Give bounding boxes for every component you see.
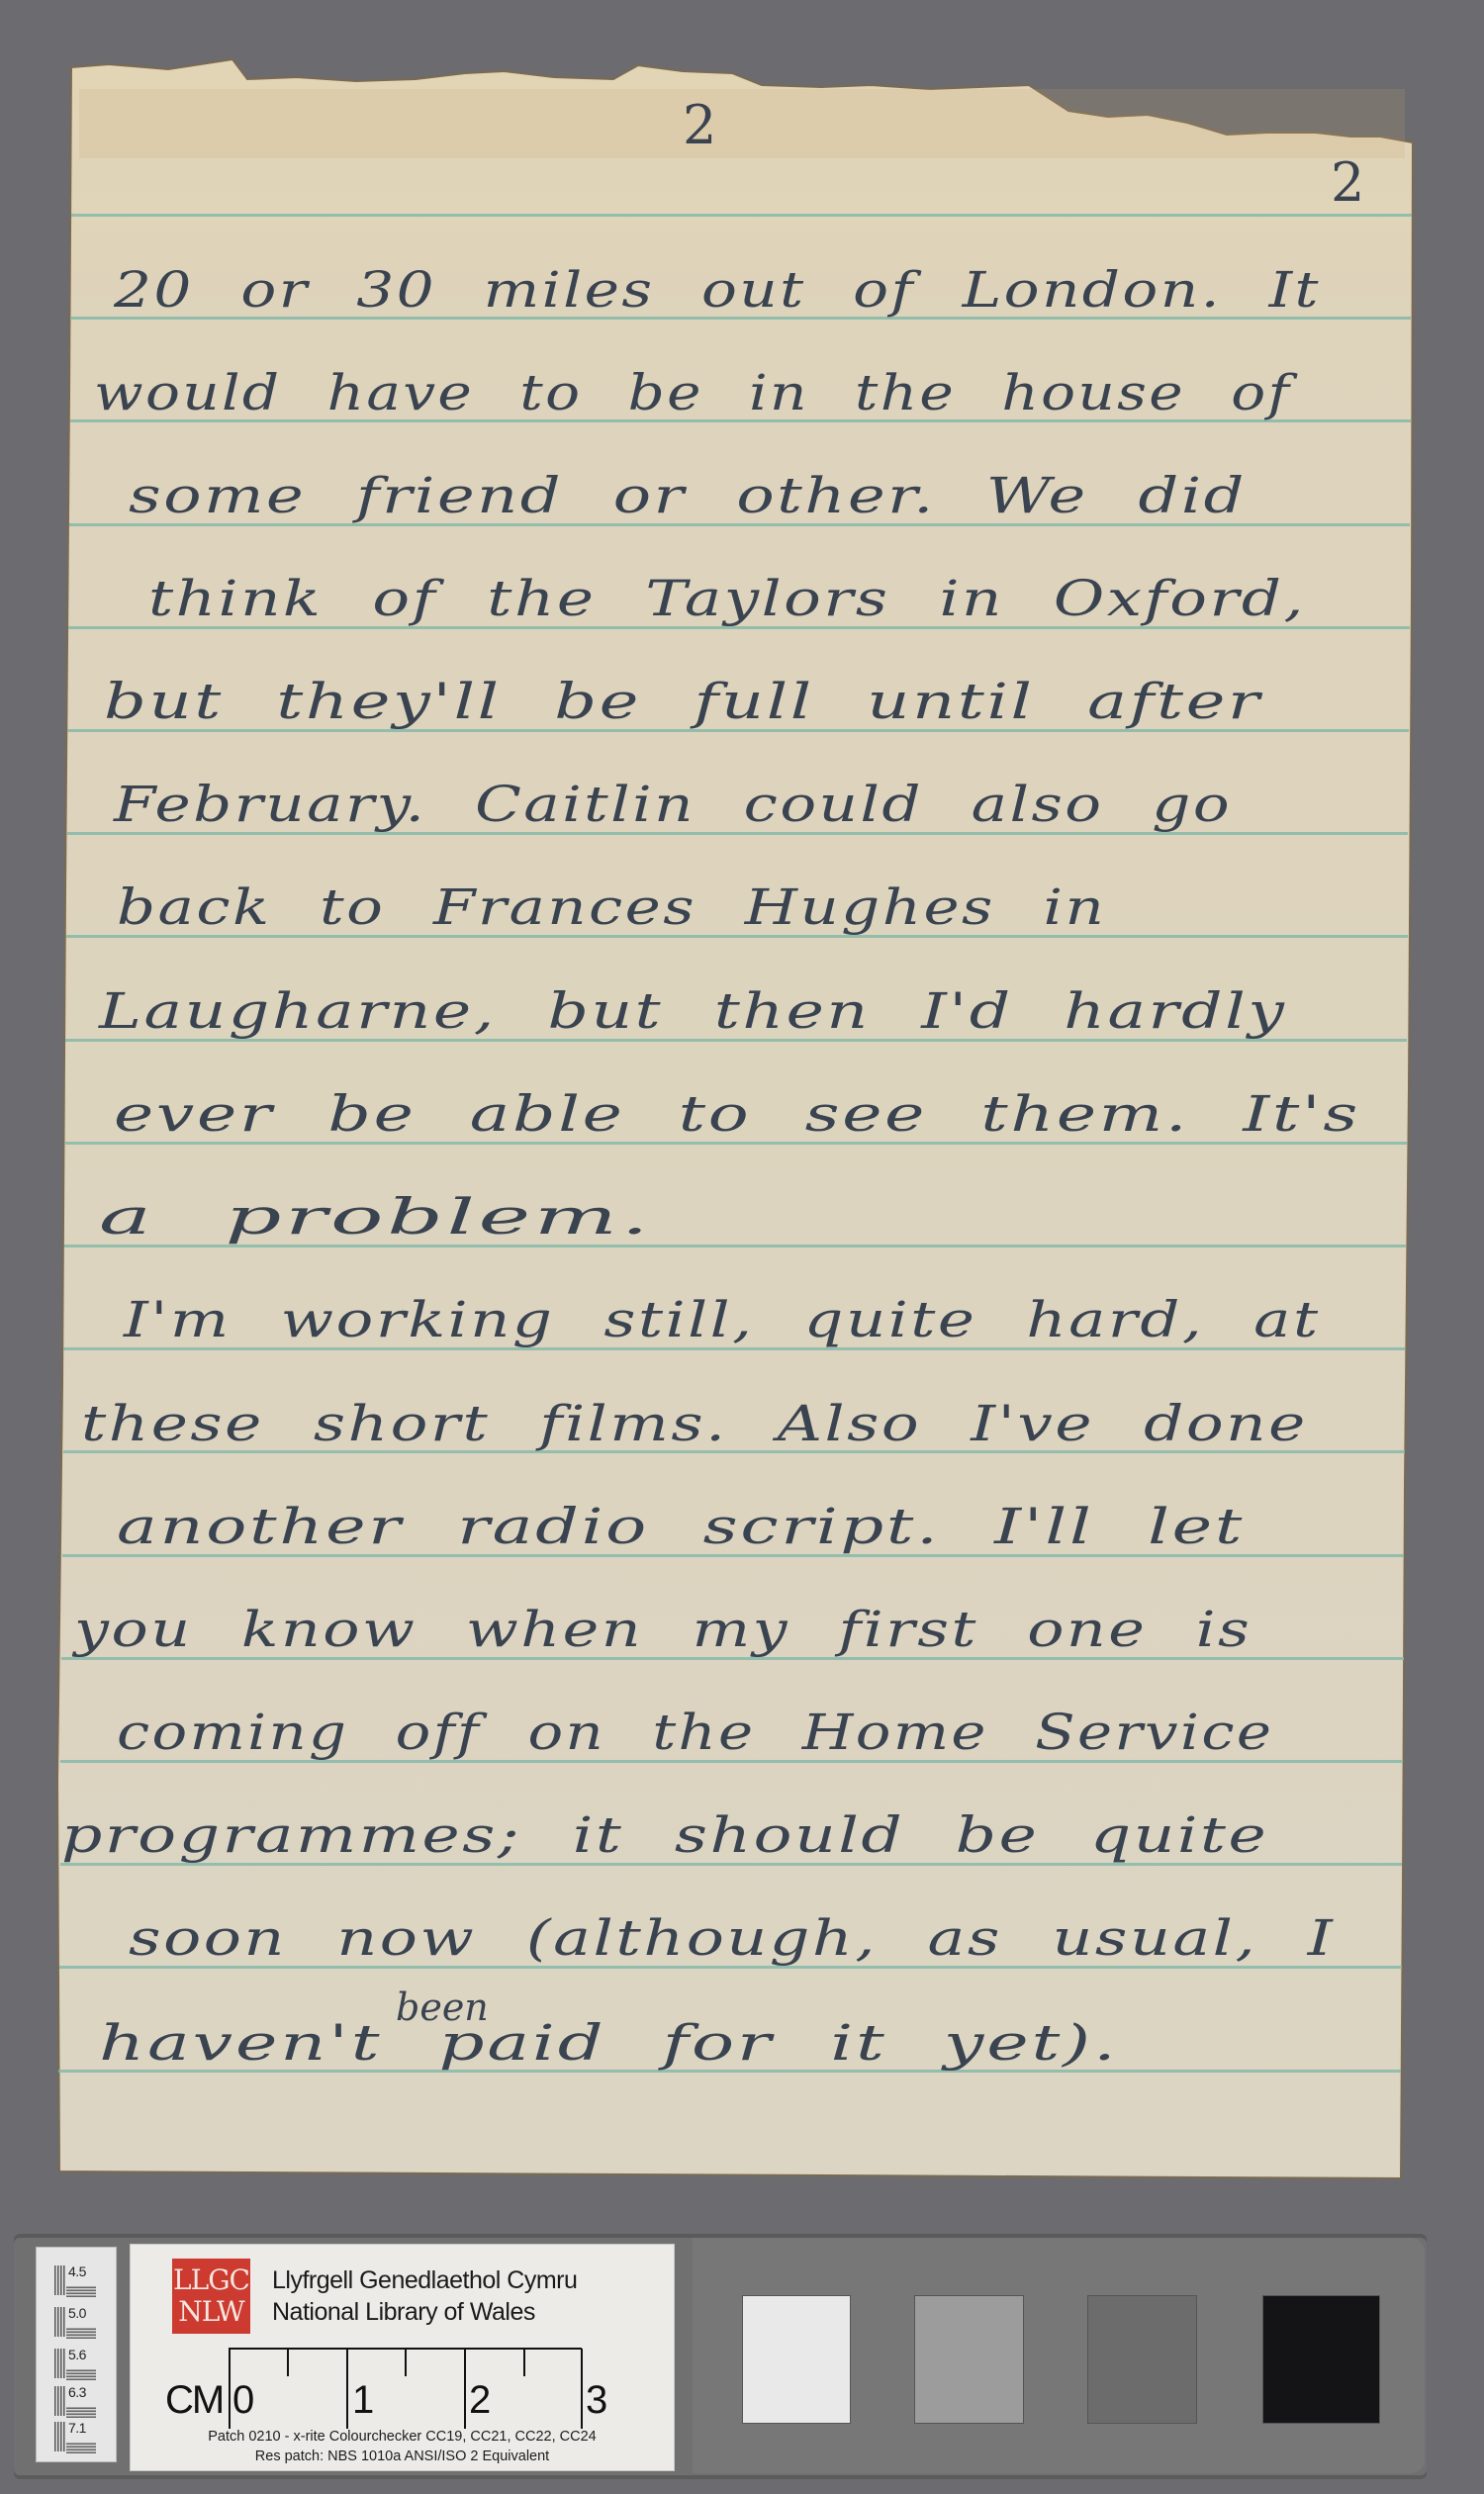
text-line-16: programmes; it should be quite <box>61 1810 1268 1860</box>
res-bars-icon <box>54 2386 66 2416</box>
text-line-4: think of the Taylors in Oxford, <box>148 574 1306 623</box>
res-hbar-icon <box>66 2443 96 2453</box>
res-value: 6.3 <box>68 2384 86 2400</box>
text-line-1: 20 or 30 miles out of London. It <box>114 265 1321 315</box>
text-line-14: you know when my first one is <box>74 1605 1252 1654</box>
inserted-word: been <box>396 1988 489 2026</box>
res-bars-icon <box>54 2307 66 2337</box>
text-line-15: coming off on the Home Service <box>117 1708 1273 1757</box>
ruler-tick-1: 1 <box>352 2378 374 2423</box>
res-target-2: 5.0 <box>54 2307 100 2339</box>
swatch-light-grey <box>914 2295 1024 2424</box>
res-value: 4.5 <box>68 2263 86 2279</box>
res-bars-icon <box>54 2349 66 2378</box>
text-line-11: I'm working still, quite hard, at <box>124 1295 1321 1344</box>
text-line-6: February. Caitlin could also go <box>114 780 1232 829</box>
res-bars-icon <box>54 2422 66 2451</box>
text-line-10: a problem. <box>99 1192 652 1242</box>
text-line-2: would have to be in the house of <box>94 368 1291 417</box>
text-line-8: Laugharne, but then I'd hardly <box>99 986 1286 1036</box>
page-number-corner: 2 <box>1331 156 1364 210</box>
swatch-black <box>1262 2295 1380 2424</box>
ruler-unit: CM <box>165 2378 223 2423</box>
res-bars-icon <box>54 2265 66 2295</box>
ruled-line <box>71 214 1412 217</box>
res-hbar-icon <box>66 2407 96 2418</box>
res-hbar-icon <box>66 2369 96 2380</box>
text-line-12: these short films. Also I've done <box>81 1399 1308 1448</box>
text-line-9: ever be able to see them. It's <box>114 1089 1360 1139</box>
res-hbar-icon <box>66 2328 96 2339</box>
res-target-4: 6.3 <box>54 2386 100 2418</box>
library-label: LLGC NLW Llyfrgell Genedlaethol Cymru Na… <box>130 2244 675 2471</box>
res-value: 7.1 <box>68 2420 86 2436</box>
res-value: 5.6 <box>68 2347 86 2362</box>
res-target-5: 7.1 <box>54 2422 100 2453</box>
resolution-patch: 4.5 5.0 5.6 6.3 7.1 <box>36 2247 117 2462</box>
ruler-tick-0: 0 <box>232 2378 254 2423</box>
text-line-17: soon now (although, as usual, I <box>129 1913 1335 1963</box>
ruler-tick-3: 3 <box>586 2378 607 2423</box>
res-value: 5.0 <box>68 2305 86 2321</box>
letter-page: 2 2 20 or 30 miles out of London. It wou… <box>0 0 1484 2206</box>
text-line-7: back to Frances Hughes in <box>117 882 1106 932</box>
res-target-3: 5.6 <box>54 2349 100 2380</box>
text-line-13: another radio script. I'll let <box>117 1502 1245 1551</box>
swatch-dark-grey <box>1087 2295 1197 2424</box>
swatch-white <box>742 2295 851 2424</box>
text-line-18: haven't paid for it yet). <box>99 2018 1119 2068</box>
patch-description: Patch 0210 - x-rite Colourchecker CC19, … <box>131 2429 674 2445</box>
text-line-5: but they'll be full until after <box>104 677 1262 726</box>
page-number-center: 2 <box>683 99 716 152</box>
ruler-tick-2: 2 <box>469 2378 491 2423</box>
text-line-3: some friend or other. We did <box>129 471 1247 520</box>
res-target-1: 4.5 <box>54 2265 100 2297</box>
res-patch-description: Res patch: NBS 1010a ANSI/ISO 2 Equivale… <box>131 2448 674 2464</box>
res-hbar-icon <box>66 2286 96 2297</box>
